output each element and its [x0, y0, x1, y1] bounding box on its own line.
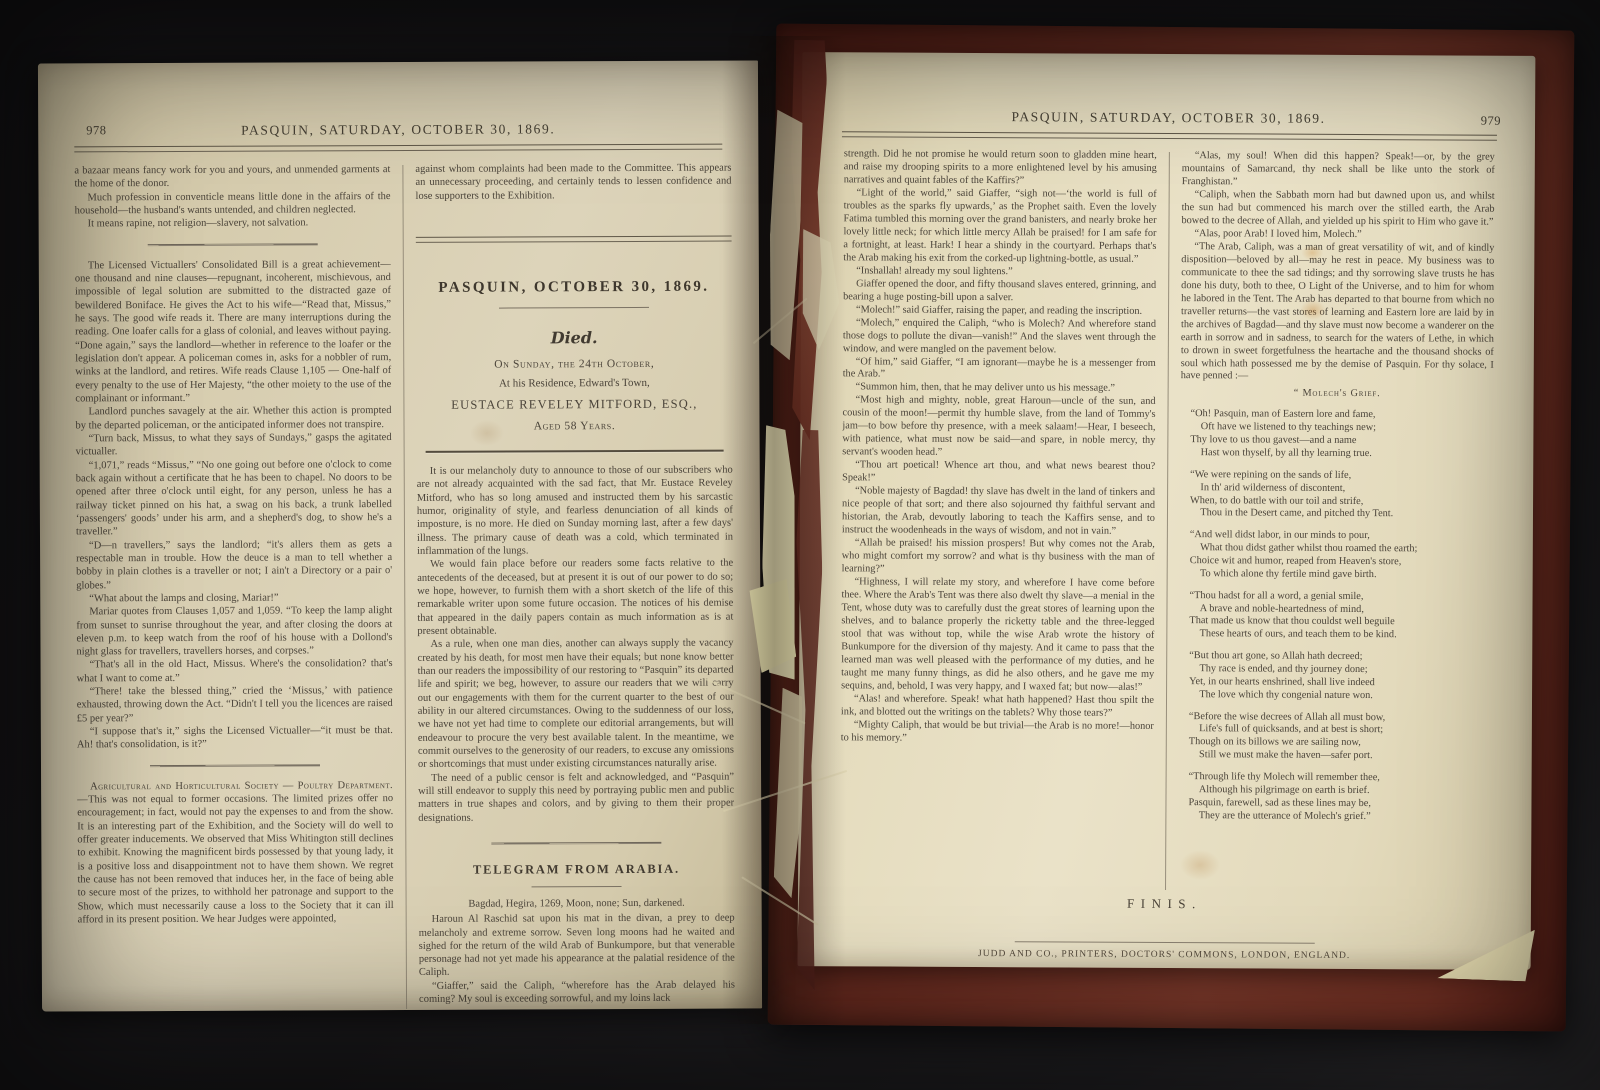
column-right: against whom complaints had been made to… [415, 162, 735, 1009]
paragraph: “What about the lamps and closing, Maria… [76, 591, 392, 606]
poem-stanza: “And well didst labor, in our minds to p… [1190, 529, 1493, 582]
section-divider [491, 842, 661, 845]
paragraph: We would fain place before our readers s… [417, 557, 733, 638]
paragraph: “Highness, I will relate my story, and w… [841, 576, 1155, 694]
paragraph: Giaffer opened the door, and fifty thous… [843, 278, 1156, 306]
paragraph: against whom complaints had been made to… [415, 162, 731, 203]
imprint-block: JUDD AND CO., PRINTERS, DOCTORS' COMMONS… [798, 940, 1531, 962]
paragraph: “Most high and mighty, noble, great Haro… [842, 395, 1155, 461]
header-rule [74, 144, 722, 153]
page-number: 978 [86, 123, 106, 138]
poem-stanza: “Thou hadst for all a word, a genial smi… [1189, 590, 1492, 643]
text-columns: strength. Did he not promise he would re… [840, 148, 1495, 891]
paragraph: “I suppose that's it,” sighs the License… [77, 724, 393, 752]
paragraph: “D—n travellers,” says the landlord; “it… [76, 538, 392, 593]
section-divider [148, 243, 318, 246]
section-rule [416, 236, 732, 243]
paragraph: “Alas, my soul! When did this happen? Sp… [1182, 150, 1495, 191]
paragraph: Much profession in conventicle means lit… [74, 190, 390, 218]
short-rule [532, 886, 622, 887]
paragraph: “Alas, poor Arab! I loved him, Molech.” [1181, 228, 1494, 243]
paragraph: a bazaar means fancy work for you and yo… [74, 163, 390, 191]
paragraph: “Alas! and wherefore. Speak! what hath h… [841, 693, 1154, 721]
dateline: Bagdad, Hegira, 1269, Moon, none; Sun, d… [419, 896, 735, 911]
paragraph: It means rapine, not religion—slavery, n… [75, 216, 391, 231]
header-rule [842, 131, 1497, 140]
paragraph: “The Arab, Caliph, was a man of great ve… [1181, 241, 1495, 385]
paragraph: “Inshallah! already my soul lightens.” [843, 265, 1156, 280]
printer-imprint: JUDD AND CO., PRINTERS, DOCTORS' COMMONS… [798, 948, 1531, 962]
death-notice-line: Aged 58 Years. [416, 415, 732, 437]
column-left: strength. Did he not promise he would re… [840, 148, 1157, 890]
page-number: 979 [1481, 114, 1501, 129]
column-left: a bazaar means fancy work for you and yo… [74, 163, 394, 1010]
death-notice-label: Died. [416, 328, 732, 350]
poem-stanza: “But thou art gone, so Allah hath decree… [1189, 650, 1492, 703]
paragraph: Agricultural and Horticultural Society —… [77, 779, 394, 927]
running-head: PASQUIN, SATURDAY, OCTOBER 30, 1869. [241, 121, 555, 137]
paragraph: As a rule, when one man dies, another ca… [417, 637, 734, 772]
finis: FINIS. [798, 894, 1531, 914]
poem-stanza: “Through life thy Molech will remember t… [1188, 771, 1491, 824]
poem-title: “ Molech's Grief. [1181, 388, 1494, 403]
paragraph: “Molech!” said Giaffer, raising the pape… [843, 304, 1156, 319]
running-head: PASQUIN, SATURDAY, OCTOBER 30, 1869. [1011, 109, 1325, 126]
paragraph-text: This was not equal to former occasions. … [77, 793, 393, 925]
poem-stanza: “Oh! Pasquin, man of Eastern lore and fa… [1190, 409, 1493, 462]
death-notice-line: At his Residence, Edward's Town, [416, 374, 732, 395]
paragraph: “Of him,” said Giaffer, “I am ignorant—m… [843, 356, 1156, 384]
paragraph: The Licensed Victuallers' Consolidated B… [75, 258, 392, 406]
paragraph: The need of a public censor is felt and … [418, 770, 734, 825]
paragraph: “There! take the blessed thing,” cried t… [77, 684, 393, 725]
short-rule [499, 307, 649, 309]
paragraph: “Mighty Caliph, that would be but trivia… [841, 719, 1154, 747]
right-page: PASQUIN, SATURDAY, OCTOBER 30, 1869. 979… [798, 52, 1536, 970]
paragraph: Mariar quotes from Clauses 1,057 and 1,0… [76, 604, 392, 659]
paragraph: Haroun Al Raschid sat upon his mat in th… [419, 912, 735, 980]
death-notice-line: EUSTACE REVELEY MITFORD, ESQ., [416, 393, 732, 416]
page-header: PASQUIN, SATURDAY, OCTOBER 30, 1869. 979 [802, 52, 1535, 128]
paragraph: Landlord punches savagely at the air. Wh… [75, 404, 391, 432]
poem-stanza: “Before the wise decrees of Allah all mu… [1189, 711, 1492, 764]
column-divider [402, 165, 407, 1009]
section-divider [150, 764, 320, 767]
column-divider [1165, 152, 1170, 890]
paragraph: “Allah be praised! his mission prospers!… [842, 537, 1155, 578]
left-page: 978 PASQUIN, SATURDAY, OCTOBER 30, 1869.… [38, 60, 762, 1011]
paragraph: “Giaffer,” said the Caliph, “wherefore h… [419, 978, 735, 1006]
imprint-rule [1014, 941, 1314, 944]
page-header: 978 PASQUIN, SATURDAY, OCTOBER 30, 1869. [38, 60, 758, 139]
paragraph: “Light of the world,” said Giaffer, “sig… [843, 187, 1156, 266]
poem-stanza: “We were repining on the sands of life, … [1190, 469, 1493, 522]
heavy-rule [426, 449, 723, 453]
paragraph: “1,071,” reads “Missus,” “No one going o… [76, 458, 392, 539]
masthead: PASQUIN, OCTOBER 30, 1869. [416, 278, 732, 298]
column-right: “Alas, my soul! When did this happen? Sp… [1178, 150, 1495, 892]
paragraph: “That's all in the old Hact, Missus. Whe… [77, 658, 393, 686]
death-notice-line: On Sunday, the 24th October, [416, 354, 732, 376]
paragraph: It is our melancholy duty to announce to… [417, 464, 733, 559]
photo-backdrop: 978 PASQUIN, SATURDAY, OCTOBER 30, 1869.… [0, 0, 1600, 1090]
paragraph: “Turn back, Missus, to what they says of… [76, 431, 392, 459]
paragraph: “Molech,” enquired the Caliph, “who is M… [843, 317, 1156, 358]
paragraph: “Caliph, when the Sabbath morn had but d… [1181, 189, 1494, 230]
paragraph: “Thou art poetical! Whence art thou, and… [842, 460, 1155, 488]
text-columns: a bazaar means fancy work for you and yo… [74, 162, 736, 1011]
paragraph: strength. Did he not promise he would re… [844, 148, 1157, 189]
paragraph: “Noble majesty of Bagdad! thy slave has … [842, 485, 1155, 539]
article-heading: TELEGRAM FROM ARABIA. [418, 862, 734, 879]
